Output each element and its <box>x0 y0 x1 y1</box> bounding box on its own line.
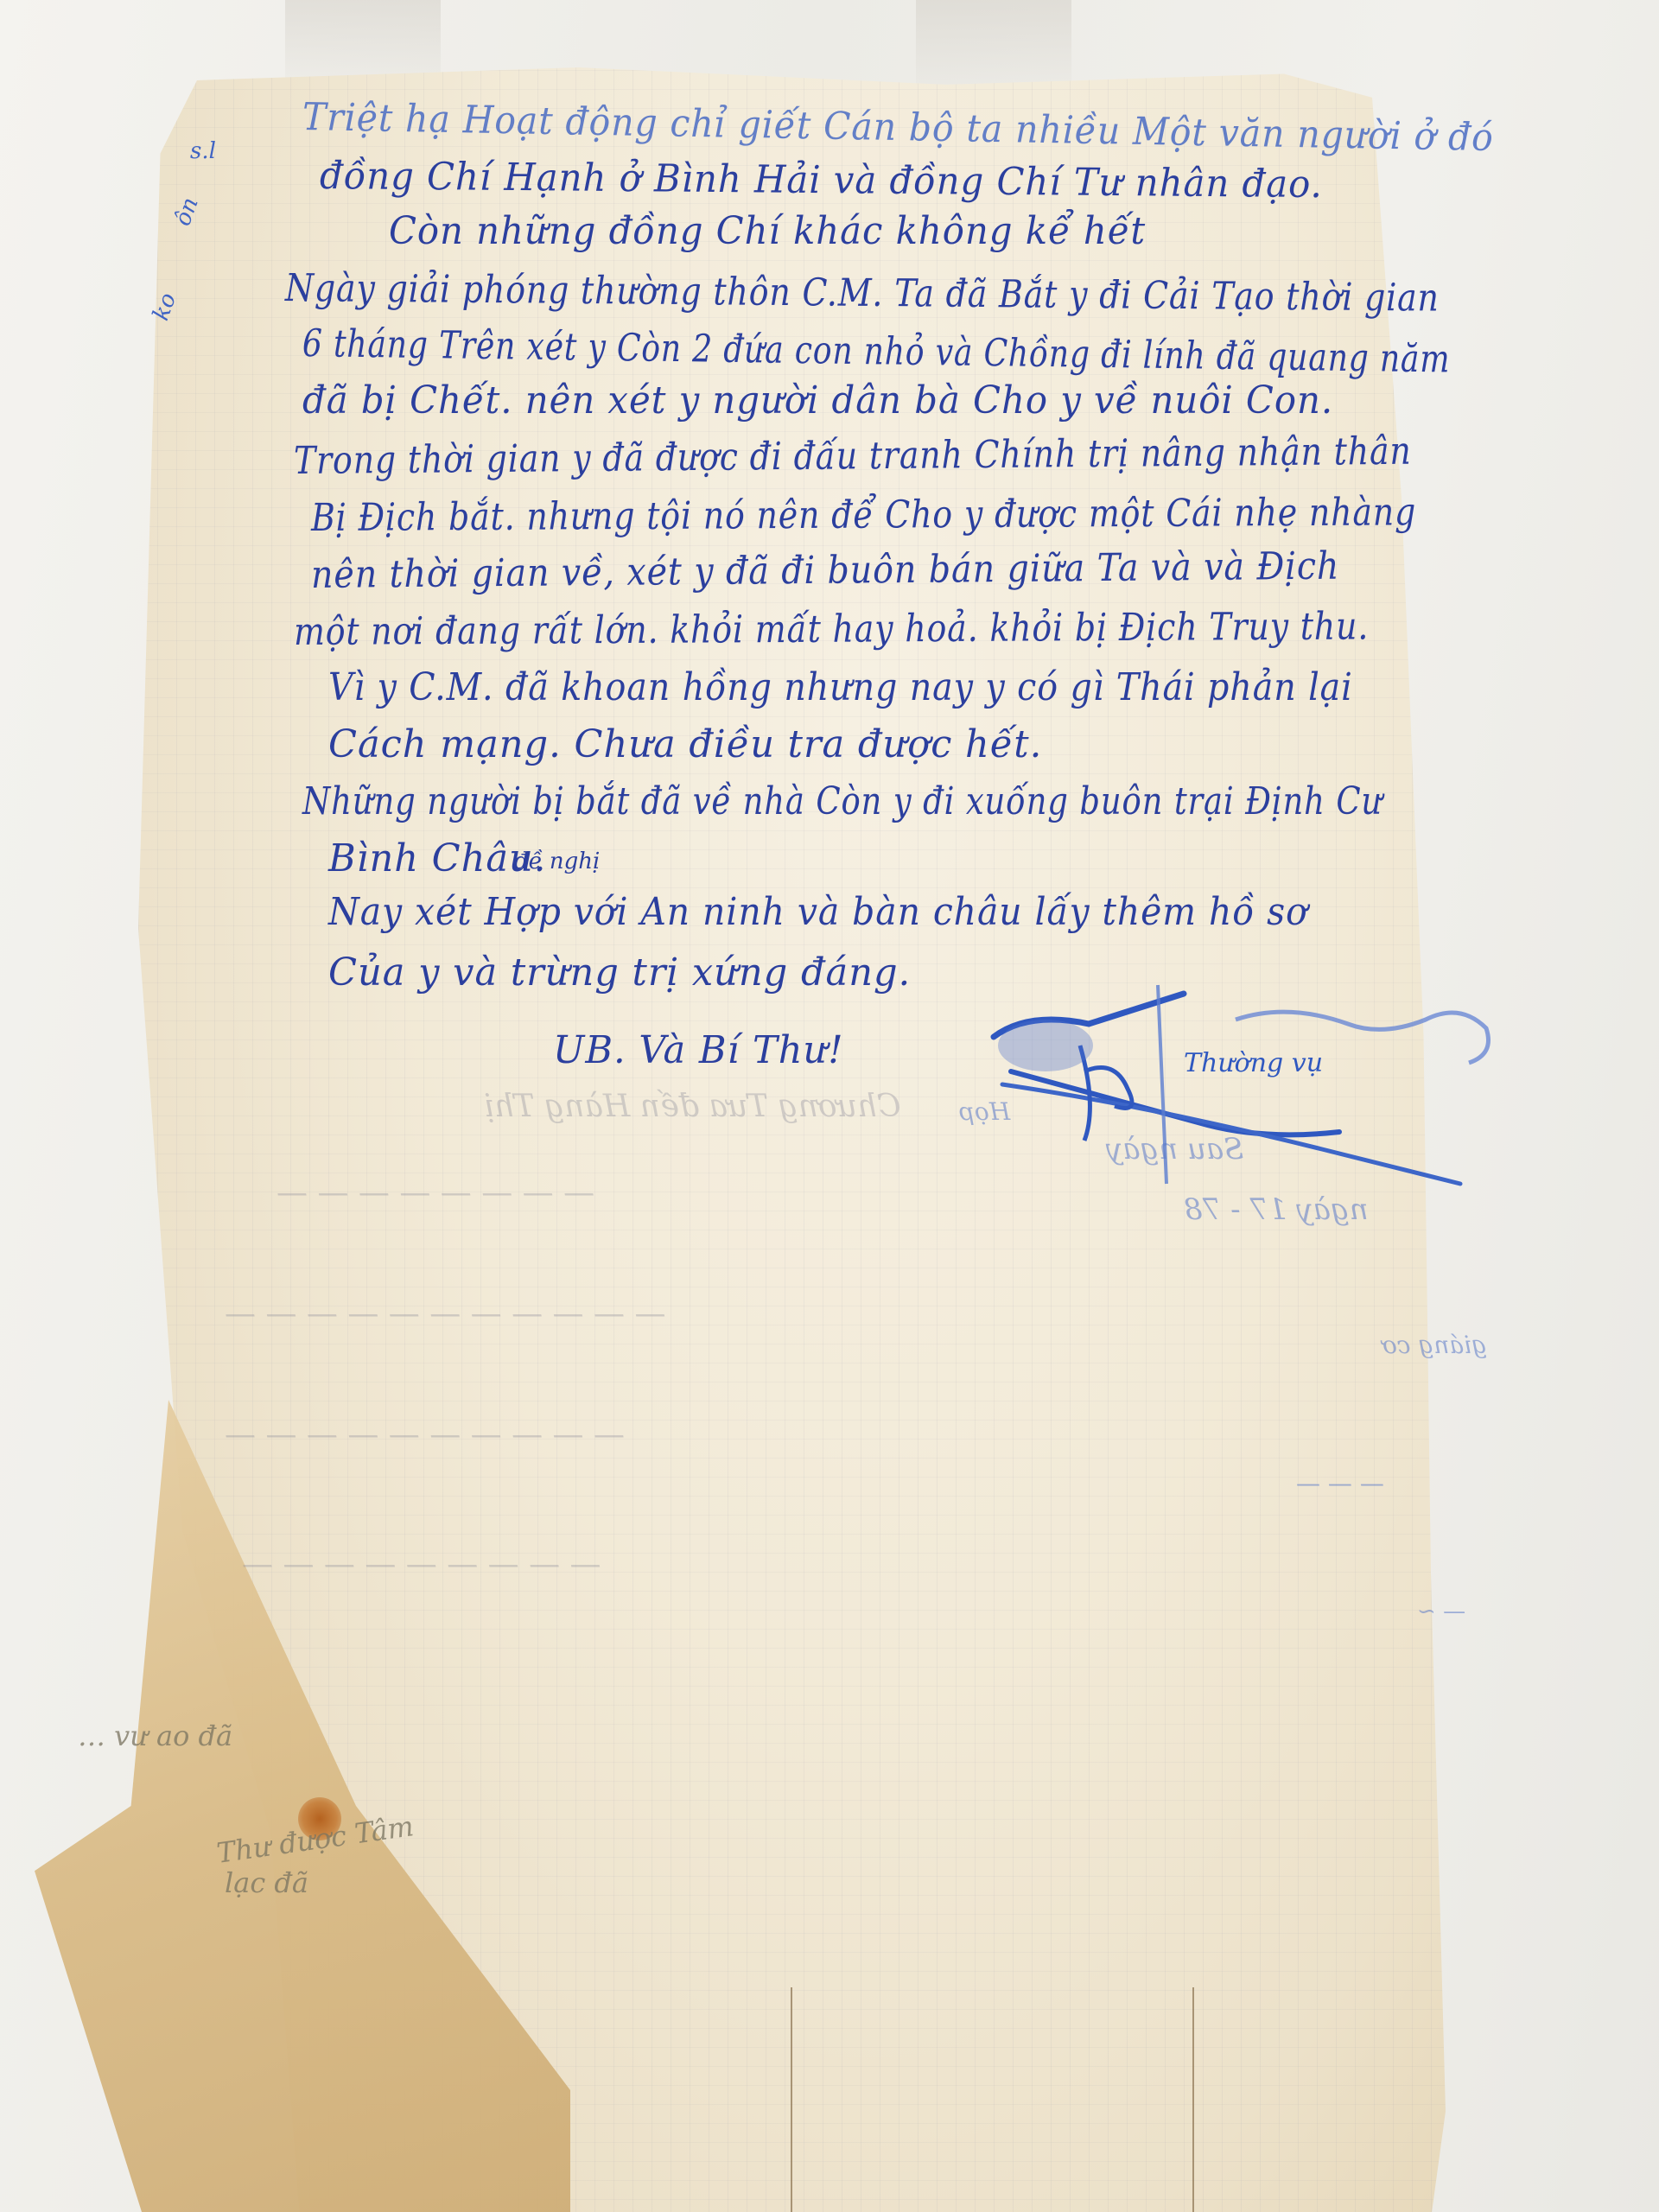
bleed-through-text: ngày 17 - 78 <box>1184 1192 1369 1227</box>
corner-faded-text: lạc đã <box>225 1866 308 1899</box>
letter-line: UB. Và Bí Thư! <box>553 1028 844 1072</box>
bleed-through-text: Sau ngày <box>1106 1132 1243 1166</box>
bleed-through-text: giáng cơ <box>1382 1331 1487 1359</box>
bleed-through-text: — — — — — — — — — — <box>225 1417 625 1452</box>
letter-line: Cách mạng. Chưa điều tra được hết. <box>328 722 1042 766</box>
signature-scribble-icon: Thường vụ <box>976 976 1538 1201</box>
letter-line: Còn những đồng Chí khác không kể hết <box>389 209 1146 253</box>
bleed-through-text: — — — — — — — — <box>276 1175 594 1211</box>
margin-note: s.l <box>190 138 216 164</box>
letter-line: đồng Chí Hạnh ở Bình Hải và đồng Chí Tư … <box>320 154 1323 207</box>
bleed-through-text: — — — — — — — — — <box>242 1547 601 1582</box>
letter-line: Bị Địch bắt. nhưng tội nó nên để Cho y đ… <box>311 490 1416 540</box>
bleed-through-text: — — — <box>1296 1469 1384 1497</box>
svg-text:Thường vụ: Thường vụ <box>1184 1048 1323 1078</box>
bleed-through-text: — — — — — — — — — — — <box>225 1296 665 1332</box>
letter-line: Nay xét Hợp với An ninh và bàn châu lấy … <box>328 890 1308 934</box>
corner-faded-text: … vư ao đã <box>78 1719 232 1752</box>
letter-line: một nơi đang rất lớn. khỏi mất hay hoả. … <box>294 604 1369 654</box>
letter-line: nên thời gian về, xét y đã đi buôn bán g… <box>311 544 1340 597</box>
letter-line: Của y và trừng trị xứng đáng. <box>328 950 911 995</box>
signature-block: Thường vụ <box>976 976 1538 1201</box>
letter-line: Những người bị bắt đã về nhà Còn y đi xu… <box>302 779 1382 823</box>
bleed-through-text: Chương Tưa đến Hàng Thị <box>484 1089 900 1124</box>
paper-tear <box>1192 1987 1194 2212</box>
interlinear-insert: đề nghị <box>514 849 600 874</box>
bleed-through-text: — ~ <box>1417 1599 1465 1624</box>
letter-line: đã bị Chết. nên xét y người dân bà Cho y… <box>302 378 1333 423</box>
letter-line: Vì y C.M. đã khoan hồng nhưng nay y có g… <box>328 665 1353 709</box>
paper-tear <box>791 1987 792 2212</box>
bleed-through-text: Họp <box>959 1097 1010 1126</box>
